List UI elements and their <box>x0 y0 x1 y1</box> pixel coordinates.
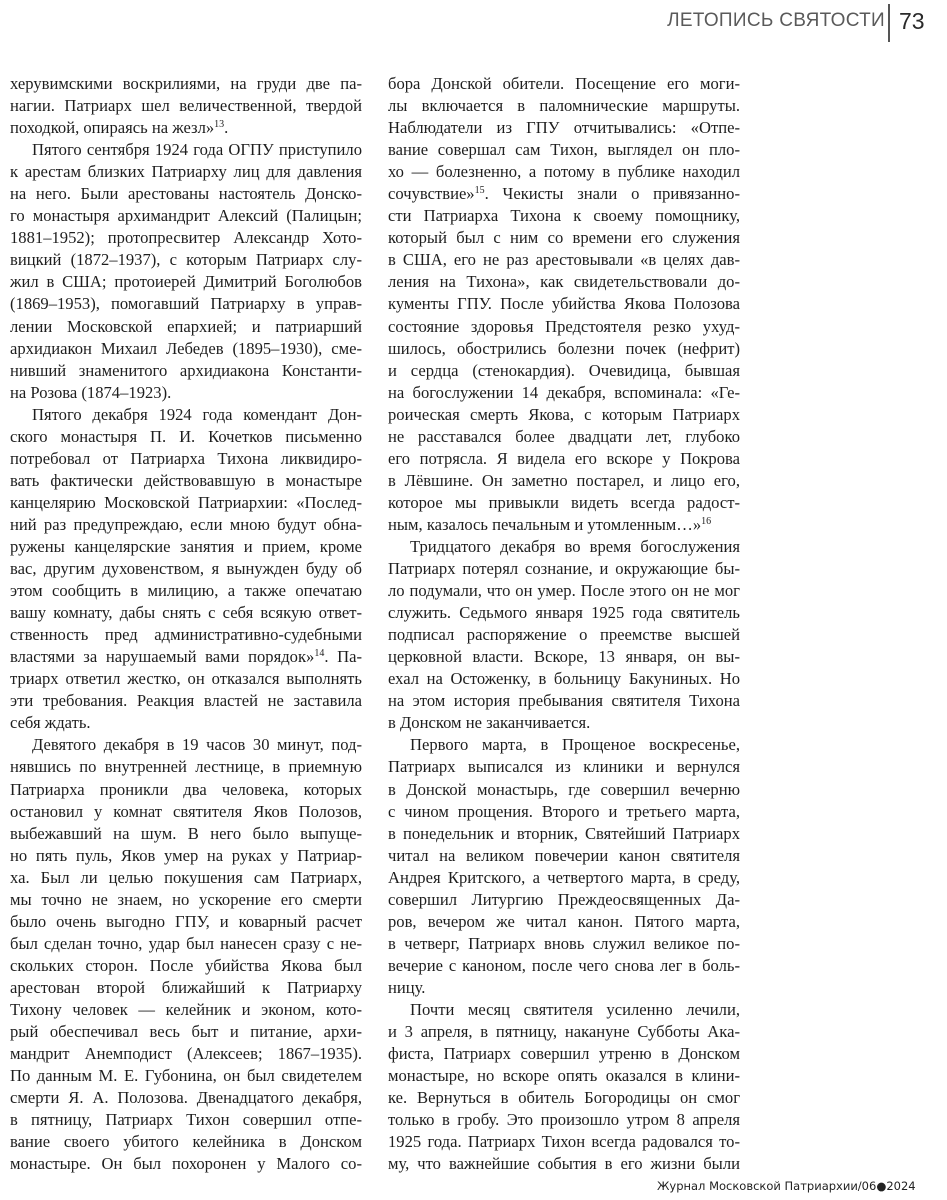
line-text: на богослужении 14 декабря, вспоминала: … <box>388 383 740 402</box>
line-text: нивший знаменитого архидиакона Константи… <box>10 361 362 380</box>
text-line: мандрит Анемподист (Алексеев; 1867–1935)… <box>10 1043 362 1065</box>
text-line: сти Патриарха Тихона к своему помощнику, <box>388 205 740 227</box>
footnote-ref: 14 <box>314 648 324 659</box>
text-line: херувимскими воскрилиями, на груди две п… <box>10 73 362 95</box>
text-line: в Донском не заканчивается. <box>388 712 740 734</box>
text-line: в США, его не раз арестовывали «в целях … <box>388 249 740 271</box>
text-line: смерти Я. А. Полозова. Двенадцатого дека… <box>10 1087 362 1109</box>
text-line: Патриарх выписался из клиники и вернулся <box>388 756 740 778</box>
text-line: монастыре. Он был похоронен у Малого со- <box>10 1153 362 1175</box>
text-line: церковной власти. Вскоре, 13 января, он … <box>388 646 740 668</box>
line-text: Андрея Критского, а четвертого марта, в … <box>388 868 740 887</box>
text-line: только в гробу. Это произошло утром 8 ап… <box>388 1109 740 1131</box>
text-line: в четверг, Патриарх вновь служил великое… <box>388 933 740 955</box>
line-text: который был с ним со времени его служени… <box>388 228 740 247</box>
text-line: совершил Литургию Преждеосвященных Да- <box>388 889 740 911</box>
text-line: По данным М. Е. Губонина, он был свидете… <box>10 1065 362 1087</box>
line-text: ницу. <box>388 978 425 997</box>
text-line: Тридцатого декабря во время богослужения <box>388 536 740 558</box>
text-line: который был с ним со времени его служени… <box>388 227 740 249</box>
line-text: на Розова (1874–1923). <box>10 383 171 402</box>
line-text: в Донском не заканчивается. <box>388 713 590 732</box>
line-text: Наблюдатели из ГПУ отчитывались: «Отпе- <box>388 118 740 137</box>
text-line: Патриарха проникли два человека, которых <box>10 779 362 801</box>
line-text: в США, его не раз арестовывали «в целях … <box>388 250 740 269</box>
page-number: 73 <box>899 8 925 35</box>
line-text: рый обеспечивал весь быт и питание, архи… <box>10 1022 362 1041</box>
text-line: Девятого декабря в 19 часов 30 минут, по… <box>10 734 362 756</box>
line-text: роическая смерть Якова, с которым Патриа… <box>388 405 740 424</box>
line-text: но пять пуль, Яков умер на руках у Патри… <box>10 846 362 865</box>
text-line: ным, казалось печальным и утомленным…»16 <box>388 514 740 536</box>
line-text: го монастыря архимандрит Алексий (Палицы… <box>10 206 362 225</box>
line-text: лы включается в паломнические маршруты. <box>388 96 740 115</box>
line-text: потребовал от Патриарха Тихона ликвидиро… <box>10 449 362 468</box>
text-line: вицкий (1872–1937), с которым Патриарх с… <box>10 249 362 271</box>
text-line: вашу комнату, дабы снять с себя всякую о… <box>10 602 362 624</box>
line-text: шилось, обострились болезни почек (нефри… <box>388 339 740 358</box>
line-text: ным, казалось печальным и утомленным…» <box>388 515 701 534</box>
line-text: в понедельник и вторник, Святейший Патри… <box>388 824 740 843</box>
line-text: вас, другим духовенством, я вынужден буд… <box>10 559 362 578</box>
line-text: и 3 апреля, в пятницу, накануне Субботы … <box>388 1022 740 1041</box>
text-line: лы включается в паломнические маршруты. <box>388 95 740 117</box>
text-line: вать фактически действовавшую в монастыр… <box>10 470 362 492</box>
text-line: и 3 апреля, в пятницу, накануне Субботы … <box>388 1021 740 1043</box>
page-header: ЛЕТОПИСЬ СВЯТОСТИ 73 <box>0 0 947 46</box>
text-line: потребовал от Патриарха Тихона ликвидиро… <box>10 448 362 470</box>
line-text: в четверг, Патриарх вновь служил великое… <box>388 934 740 953</box>
text-line: сочувствие»15. Чекисты знали о привязанн… <box>388 183 740 205</box>
text-line: скольких сторон. После убийства Якова бы… <box>10 955 362 977</box>
line-text-after-footnote: . Па- <box>324 647 362 666</box>
text-line: ний раз предупреждаю, если мною будут об… <box>10 514 362 536</box>
text-line: вание совершал сам Тихон, выглядел он пл… <box>388 139 740 161</box>
text-line: ления на Тихона», как свидетельствовали … <box>388 271 740 293</box>
text-line: служить. Седьмого января 1925 года святи… <box>388 602 740 624</box>
text-line: фиста, Патриарх совершил утреню в Донско… <box>388 1043 740 1065</box>
text-line: шилось, обострились болезни почек (нефри… <box>388 338 740 360</box>
line-text: вание совершал сам Тихон, выглядел он пл… <box>388 140 740 159</box>
line-text: церковной власти. Вскоре, 13 января, он … <box>388 647 740 666</box>
text-line: на него. Были арестованы настоятель Донс… <box>10 183 362 205</box>
line-text: нагии. Патриарх шел величественной, твер… <box>10 96 362 115</box>
header-divider <box>888 4 890 42</box>
line-text: был сделан точно, удар был нанесен сразу… <box>10 934 362 953</box>
text-line: состояние здоровья Предстоятеля резко ух… <box>388 316 740 338</box>
line-text: не расставался более двадцати лет, глубо… <box>388 427 740 446</box>
text-line: к арестам близких Патриарху лиц для давл… <box>10 161 362 183</box>
line-text: Патриарх потерял сознание, и окружающие … <box>388 559 740 578</box>
line-text: монастыре. Он был похоронен у Малого со- <box>10 1154 362 1173</box>
line-text: вать фактически действовавшую в монастыр… <box>10 471 362 490</box>
text-line: рый обеспечивал весь быт и питание, архи… <box>10 1021 362 1043</box>
line-text: Первого марта, в Прощеное воскресенье, <box>410 735 740 754</box>
text-line: ственность пред административно-судебным… <box>10 624 362 646</box>
footnote-ref: 16 <box>701 516 711 527</box>
text-line: ке. Вернуться в обитель Богородицы он см… <box>388 1087 740 1109</box>
text-line: эти требования. Реакция властей не заста… <box>10 690 362 712</box>
line-text: триарх ответил жестко, он отказался выпо… <box>10 669 362 688</box>
text-line: Пятого сентября 1924 года ОГПУ приступил… <box>10 139 362 161</box>
text-line: и сердца (стенокардия). Очевидица, бывша… <box>388 360 740 382</box>
line-text: По данным М. Е. Губонина, он был свидете… <box>10 1066 362 1085</box>
line-text: Патриарх выписался из клиники и вернулся <box>388 757 740 776</box>
text-line: арестован второй ближайший к Патриарху <box>10 977 362 999</box>
right-text-column: бора Донской обители. Посещение его моги… <box>388 73 740 1175</box>
line-text: остановил у комнат святителя Яков Полозо… <box>10 802 362 821</box>
line-text: выбежавший на шум. В него было выпуще- <box>10 824 362 843</box>
text-line: походкой, опираясь на жезл»13. <box>10 117 362 139</box>
line-text: фиста, Патриарх совершил утреню в Донско… <box>388 1044 740 1063</box>
text-line: Тихону человек — келейник и эконом, кото… <box>10 999 362 1021</box>
text-line: ров, вечером же читал канон. Пятого март… <box>388 911 740 933</box>
text-line: лении Московской епархией; и патриарший <box>10 316 362 338</box>
text-line: был сделан точно, удар был нанесен сразу… <box>10 933 362 955</box>
line-text: хо — болезненно, а потому в публике нахо… <box>388 162 740 181</box>
line-text: подписал распоряжение о преемстве высшей <box>388 625 740 644</box>
line-text: Тихону человек — келейник и эконом, кото… <box>10 1000 362 1019</box>
text-line: го монастыря архимандрит Алексий (Палицы… <box>10 205 362 227</box>
text-line: выбежавший на шум. В него было выпуще- <box>10 823 362 845</box>
text-line: Почти месяц святителя усиленно лечили, <box>388 999 740 1021</box>
text-line: в Донской монастырь, где совершил вечерн… <box>388 779 740 801</box>
line-text: Патриарха проникли два человека, которых <box>10 780 362 799</box>
text-line: Андрея Критского, а четвертого марта, в … <box>388 867 740 889</box>
line-text: вашу комнату, дабы снять с себя всякую о… <box>10 603 362 622</box>
text-line: монастыре, но вскоре опять оказался в кл… <box>388 1065 740 1087</box>
line-text: в Донской монастырь, где совершил вечерн… <box>388 780 740 799</box>
text-line: которое мы привыкли видеть всегда радост… <box>388 492 740 514</box>
line-text: в пятницу, Патриарх Тихон совершил отпе- <box>10 1110 362 1129</box>
text-line: ницу. <box>388 977 740 999</box>
line-text: ке. Вернуться в обитель Богородицы он см… <box>388 1088 740 1107</box>
text-line: нявшись по внутренней лестнице, в приемн… <box>10 756 362 778</box>
text-line: канцелярию Московской Патриархии: «После… <box>10 492 362 514</box>
text-line: подписал распоряжение о преемстве высшей <box>388 624 740 646</box>
journal-footer: Журнал Московской Патриархии/06●2024 <box>657 1179 916 1193</box>
text-line: вас, другим духовенством, я вынужден буд… <box>10 558 362 580</box>
text-line: на Розова (1874–1923). <box>10 382 362 404</box>
line-text: эти требования. Реакция властей не заста… <box>10 691 362 710</box>
line-text: Почти месяц святителя усиленно лечили, <box>410 1000 740 1019</box>
text-line: му, что важнейшие события в его жизни бы… <box>388 1153 740 1175</box>
line-text: и сердца (стенокардия). Очевидица, бывша… <box>388 361 740 380</box>
line-text: ло подумали, что он умер. После этого он… <box>388 581 740 600</box>
line-text: на него. Были арестованы настоятель Донс… <box>10 184 362 203</box>
text-line: вание своего убитого келейника в Донском <box>10 1131 362 1153</box>
line-text: скольких сторон. После убийства Якова бы… <box>10 956 362 975</box>
text-line: Первого марта, в Прощеное воскресенье, <box>388 734 740 756</box>
line-text: сочувствие» <box>388 184 475 203</box>
line-text: кументы ГПУ. После убийства Якова Полозо… <box>388 294 740 313</box>
text-line: было очень выгодно ГПУ, и коварный расче… <box>10 911 362 933</box>
text-line: остановил у комнат святителя Яков Полозо… <box>10 801 362 823</box>
line-text: Пятого декабря 1924 года комендант Дон- <box>32 405 362 424</box>
line-text-after-footnote: . <box>224 118 228 137</box>
text-line: властями за нарушаемый вами порядок»14. … <box>10 646 362 668</box>
text-line: не расставался более двадцати лет, глубо… <box>388 426 740 448</box>
text-line: 1881–1952); протопресвитер Александр Хот… <box>10 227 362 249</box>
line-text: арестован второй ближайший к Патриарху <box>10 978 362 997</box>
text-line: с чином прощения. Второго и третьего мар… <box>388 801 740 823</box>
line-text: (1869–1953), помогавший Патриарху в упра… <box>10 294 362 313</box>
line-text: ний раз предупреждаю, если мною будут об… <box>10 515 362 534</box>
line-text: вечерие с каноном, после чего снова лег … <box>388 956 740 975</box>
text-line: Пятого декабря 1924 года комендант Дон- <box>10 404 362 426</box>
text-line: триарх ответил жестко, он отказался выпо… <box>10 668 362 690</box>
text-line: ло подумали, что он умер. После этого он… <box>388 580 740 602</box>
line-text: служить. Седьмого января 1925 года святи… <box>388 603 740 622</box>
line-text: вание своего убитого келейника в Донском <box>10 1132 362 1151</box>
line-text: к арестам близких Патриарху лиц для давл… <box>10 162 362 181</box>
text-line: 1925 года. Патриарх Тихон всегда радовал… <box>388 1131 740 1153</box>
line-text: Пятого сентября 1924 года ОГПУ приступил… <box>32 140 362 159</box>
line-text: вицкий (1872–1937), с которым Патриарх с… <box>10 250 362 269</box>
text-line: ха. Был ли целью покушения сам Патриарх, <box>10 867 362 889</box>
line-text: сти Патриарха Тихона к своему помощнику, <box>388 206 740 225</box>
text-line: кументы ГПУ. После убийства Якова Полозо… <box>388 293 740 315</box>
text-line: на этом история пребывания святителя Тих… <box>388 690 740 712</box>
text-line: мы точно не знаем, но ускорение его смер… <box>10 889 362 911</box>
line-text-after-footnote: . Чекисты знали о привязанно- <box>485 184 740 203</box>
text-line: нивший знаменитого архидиакона Константи… <box>10 360 362 382</box>
text-line: в понедельник и вторник, Святейший Патри… <box>388 823 740 845</box>
line-text: на этом история пребывания святителя Тих… <box>388 691 740 710</box>
line-text: бора Донской обители. Посещение его моги… <box>388 74 740 93</box>
text-line: читал на великом повечерии канон святите… <box>388 845 740 867</box>
line-text: читал на великом повечерии канон святите… <box>388 846 740 865</box>
line-text: смерти Я. А. Полозова. Двенадцатого дека… <box>10 1088 362 1107</box>
line-text: этом сообщить в милицию, а также опечата… <box>10 581 362 600</box>
text-line: архидиакон Михаил Лебедев (1895–1930), с… <box>10 338 362 360</box>
line-text: Девятого декабря в 19 часов 30 минут, по… <box>32 735 362 754</box>
line-text: му, что важнейшие события в его жизни бы… <box>388 1154 740 1173</box>
line-text: ления на Тихона», как свидетельствовали … <box>388 272 740 291</box>
line-text: ха. Был ли целью покушения сам Патриарх, <box>10 868 362 887</box>
line-text: ехал на Остоженку, в больницу Бакуниных.… <box>388 669 740 688</box>
text-line: ского монастыря П. И. Кочетков письменно <box>10 426 362 448</box>
line-text: 1925 года. Патриарх Тихон всегда радовал… <box>388 1132 740 1151</box>
line-text: только в гробу. Это произошло утром 8 ап… <box>388 1110 740 1129</box>
footnote-ref: 13 <box>214 119 224 130</box>
line-text: в Лёвшине. Он заметно постарел, и лицо е… <box>388 471 740 490</box>
line-text: Тридцатого декабря во время богослужения <box>410 537 740 556</box>
line-text: состояние здоровья Предстоятеля резко ух… <box>388 317 740 336</box>
line-text: было очень выгодно ГПУ, и коварный расче… <box>10 912 362 931</box>
line-text: жил в США; протоиерей Димитрий Боголюбов <box>10 272 362 291</box>
text-line: этом сообщить в милицию, а также опечата… <box>10 580 362 602</box>
line-text: его потрясла. Я видела его вскоре у Покр… <box>388 449 740 468</box>
line-text: нявшись по внутренней лестнице, в приемн… <box>10 757 362 776</box>
text-line: на богослужении 14 декабря, вспоминала: … <box>388 382 740 404</box>
line-text: совершил Литургию Преждеосвященных Да- <box>388 890 740 909</box>
text-line: бора Донской обители. Посещение его моги… <box>388 73 740 95</box>
text-line: ехал на Остоженку, в больницу Бакуниных.… <box>388 668 740 690</box>
text-line: но пять пуль, Яков умер на руках у Патри… <box>10 845 362 867</box>
line-text: мандрит Анемподист (Алексеев; 1867–1935)… <box>10 1044 362 1063</box>
text-line: жил в США; протоиерей Димитрий Боголюбов <box>10 271 362 293</box>
left-text-column: херувимскими воскрилиями, на груди две п… <box>10 73 362 1175</box>
line-text: мы точно не знаем, но ускорение его смер… <box>10 890 362 909</box>
text-line: Наблюдатели из ГПУ отчитывались: «Отпе- <box>388 117 740 139</box>
line-text: походкой, опираясь на жезл» <box>10 118 214 137</box>
line-text: себя ждать. <box>10 713 91 732</box>
line-text: лении Московской епархией; и патриарший <box>10 317 362 336</box>
text-line: хо — болезненно, а потому в публике нахо… <box>388 161 740 183</box>
line-text: ственность пред административно-судебным… <box>10 625 362 644</box>
line-text: архидиакон Михаил Лебедев (1895–1930), с… <box>10 339 362 358</box>
footnote-ref: 15 <box>475 185 485 196</box>
text-line: роическая смерть Якова, с которым Патриа… <box>388 404 740 426</box>
line-text: ского монастыря П. И. Кочетков письменно <box>10 427 362 446</box>
text-line: его потрясла. Я видела его вскоре у Покр… <box>388 448 740 470</box>
running-title: ЛЕТОПИСЬ СВЯТОСТИ <box>667 10 885 32</box>
line-text: с чином прощения. Второго и третьего мар… <box>388 802 740 821</box>
line-text: канцелярию Московской Патриархии: «После… <box>10 493 362 512</box>
line-text: властями за нарушаемый вами порядок» <box>10 647 314 666</box>
text-line: вечерие с каноном, после чего снова лег … <box>388 955 740 977</box>
text-line: (1869–1953), помогавший Патриарху в упра… <box>10 293 362 315</box>
line-text: которое мы привыкли видеть всегда радост… <box>388 493 740 512</box>
text-line: себя ждать. <box>10 712 362 734</box>
line-text: ров, вечером же читал канон. Пятого март… <box>388 912 740 931</box>
text-line: Патриарх потерял сознание, и окружающие … <box>388 558 740 580</box>
text-line: в пятницу, Патриарх Тихон совершил отпе- <box>10 1109 362 1131</box>
line-text: монастыре, но вскоре опять оказался в кл… <box>388 1066 740 1085</box>
line-text: ружены канцелярские занятия и прием, кро… <box>10 537 362 556</box>
text-line: нагии. Патриарх шел величественной, твер… <box>10 95 362 117</box>
text-line: ружены канцелярские занятия и прием, кро… <box>10 536 362 558</box>
line-text: херувимскими воскрилиями, на груди две п… <box>10 74 362 93</box>
text-line: в Лёвшине. Он заметно постарел, и лицо е… <box>388 470 740 492</box>
line-text: 1881–1952); протопресвитер Александр Хот… <box>10 228 362 247</box>
